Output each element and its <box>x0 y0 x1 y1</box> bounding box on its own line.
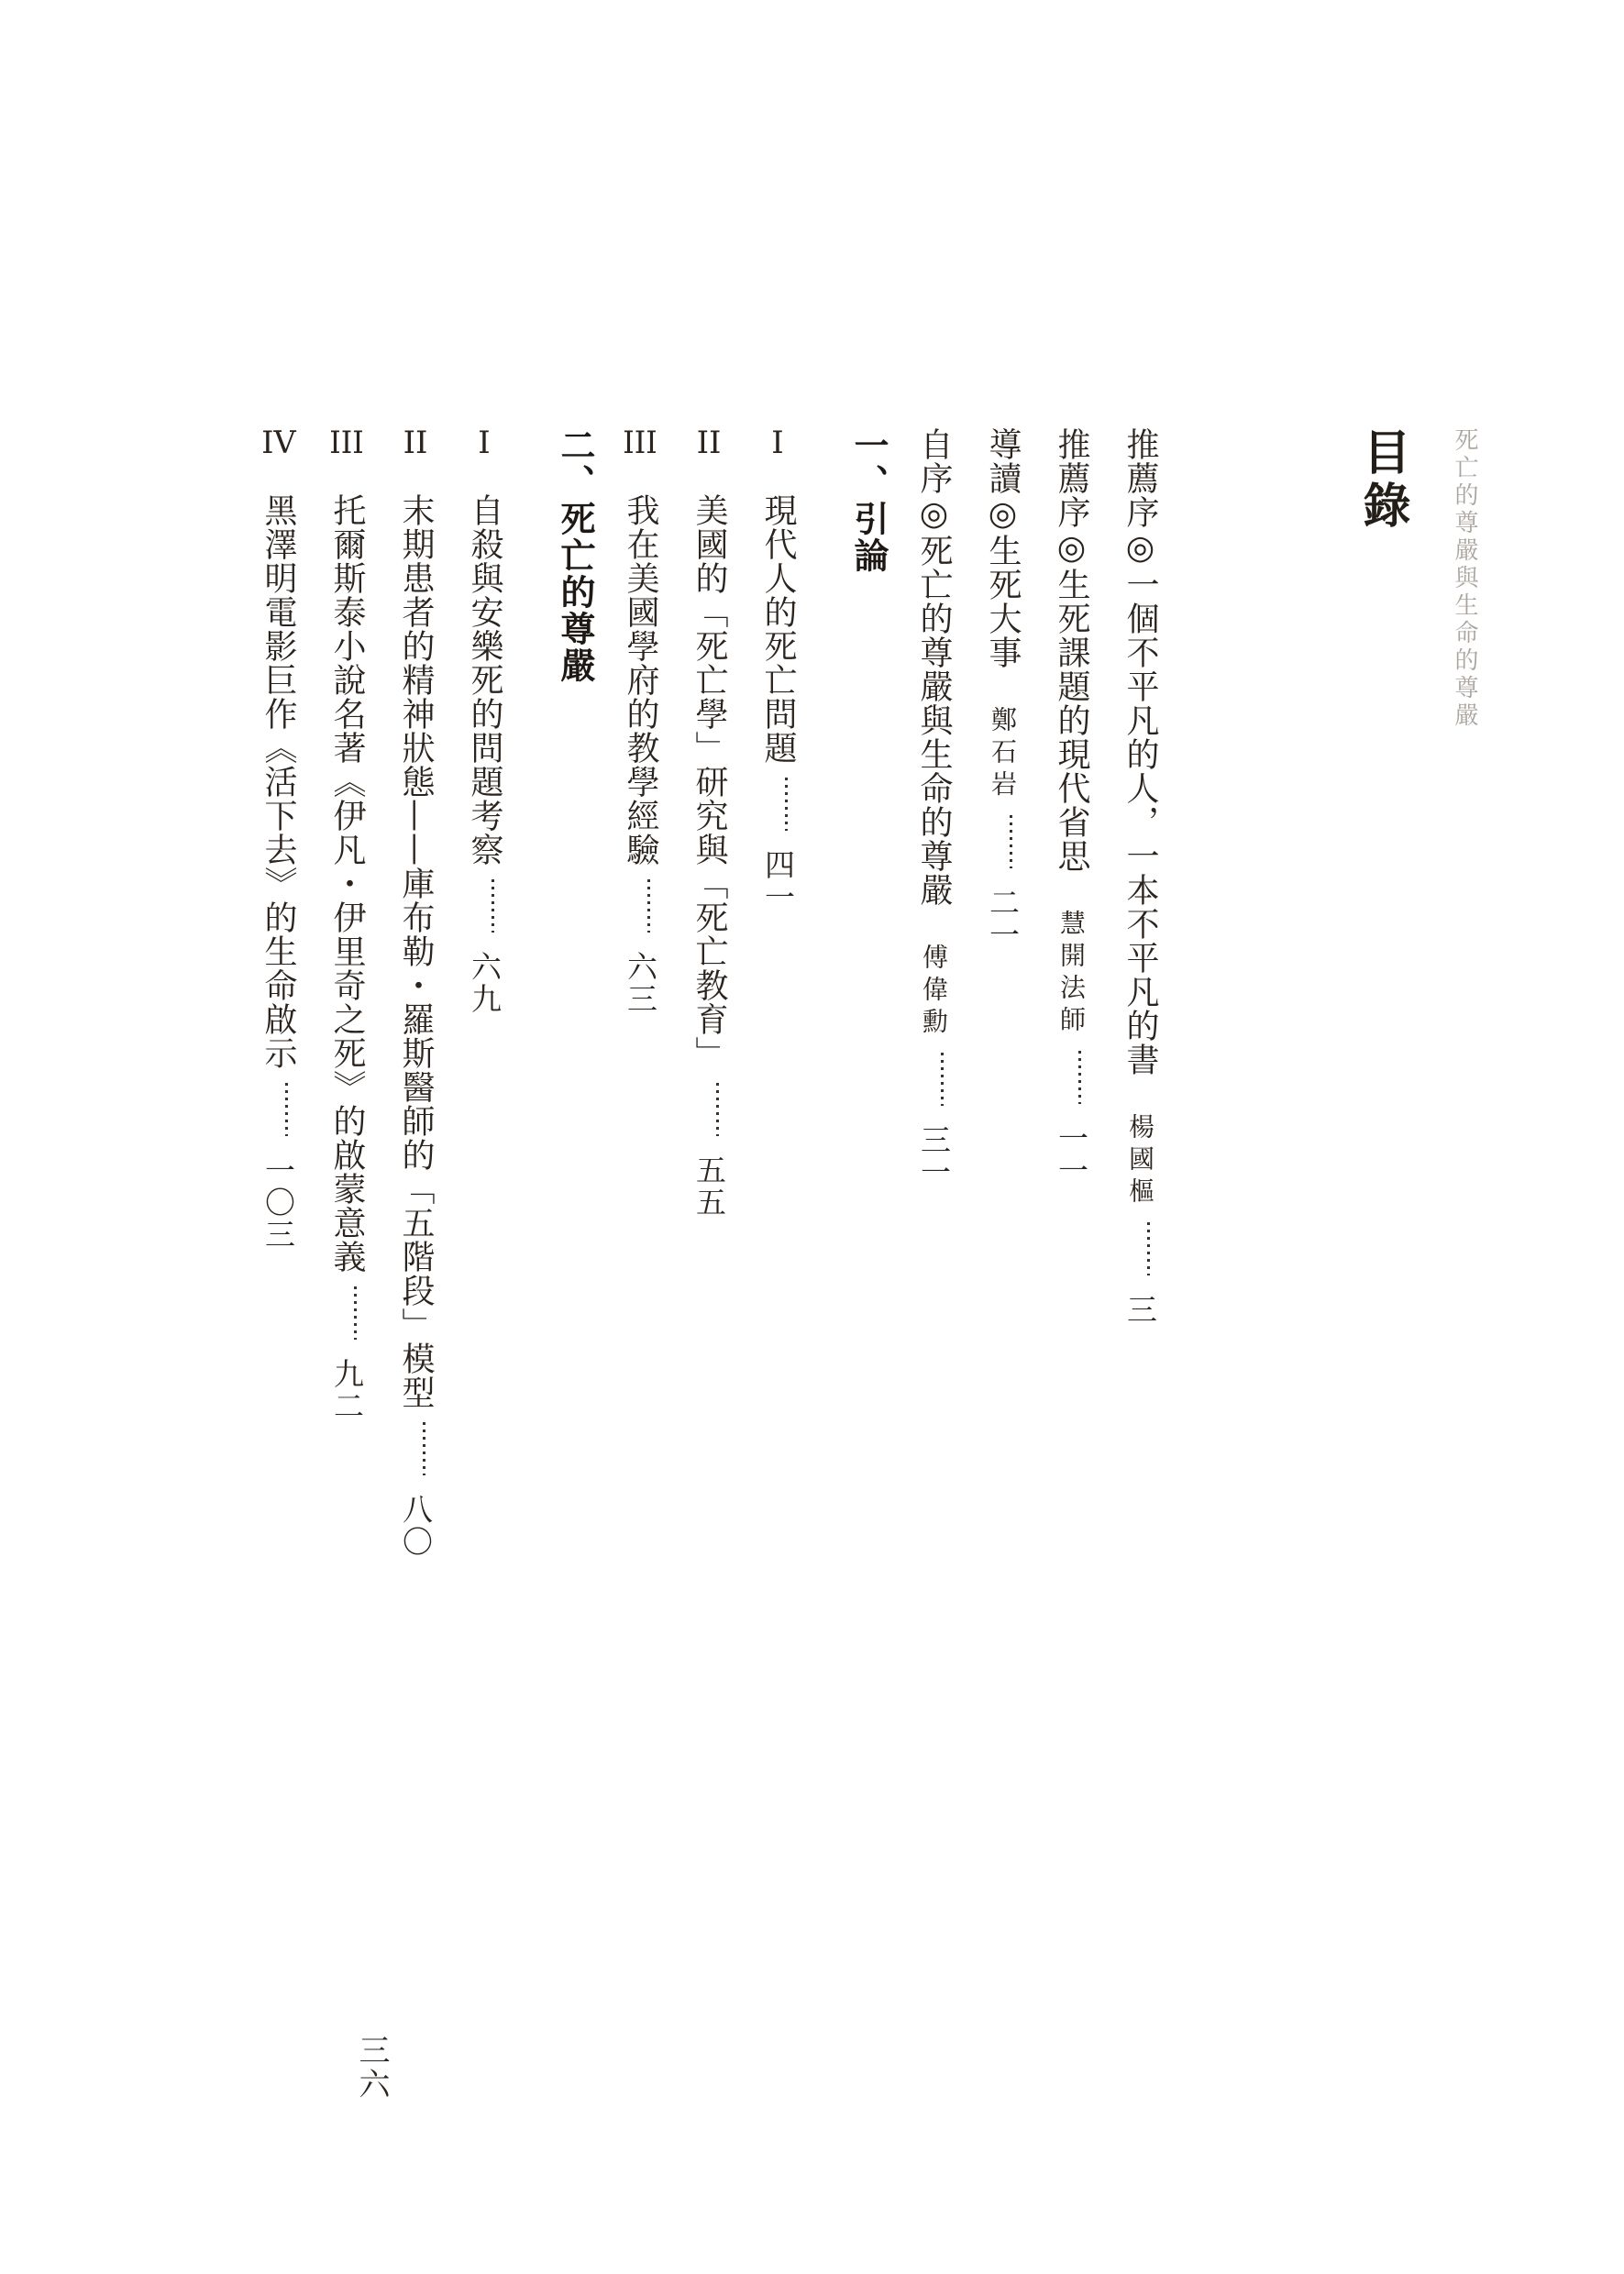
entry-title: 黑澤明電影巨作《活下去》的生命啟示 <box>260 493 297 1070</box>
entry-marker-icon: ◎ <box>1053 529 1090 568</box>
entry-author: 楊國樞 <box>1125 1113 1155 1209</box>
entry-numeral: IV <box>260 427 296 458</box>
entry-label: 推薦序 <box>1053 427 1090 529</box>
entry-page-number: 一〇三 <box>260 1154 296 1251</box>
toc-entry-s2-ii: II末期患者的精神狀態——庫布勒・羅斯醫師的「五階段」模型八〇 <box>397 427 441 2059</box>
toc-entry-foreword-1: 推薦序◎一個不平凡的人，一本不平凡的書楊國樞三 <box>1121 427 1166 2059</box>
entry-author: 鄭石岩 <box>988 706 1018 802</box>
section-heading-2: 二、死亡的尊嚴 <box>554 427 596 2059</box>
page-title: 目錄 <box>1355 427 1409 2059</box>
dot-leader <box>993 815 1028 868</box>
entry-author: 傅偉勳 <box>919 944 949 1040</box>
toc-entry-s2-iii: III托爾斯泰小說名著《伊凡・伊里奇之死》的啟蒙意義九二 <box>328 427 372 2059</box>
book-toc-page: 死亡的尊嚴與生命的尊嚴 目錄 推薦序◎一個不平凡的人，一本不平凡的書楊國樞三 推… <box>0 0 1624 2274</box>
dot-leader <box>768 778 803 831</box>
entry-page-number: 九二 <box>329 1358 365 1422</box>
toc-entry-s1-iii: III我在美國學府的教學經驗六三 <box>622 427 666 2059</box>
entry-marker-icon: ◎ <box>984 495 1022 534</box>
entry-page-number: 五五 <box>691 1154 727 1219</box>
entry-title: 自殺與安樂死的問題考察 <box>466 493 503 867</box>
entry-numeral: III <box>328 427 365 458</box>
running-head: 死亡的尊嚴與生命的尊嚴 <box>1451 427 1478 2059</box>
toc-entry-introduction: 導讀◎生死大事鄭石岩二一 <box>984 427 1028 2059</box>
entry-title: 托爾斯泰小說名著《伊凡・伊里奇之死》的啟蒙意義 <box>328 493 366 1274</box>
section-heading-1: 一、引論 <box>847 427 889 2059</box>
folio-page-number: 三六 <box>353 2034 390 2102</box>
dot-leader <box>337 1286 372 1340</box>
entry-title: 現代人的死亡問題 <box>759 493 797 765</box>
dot-leader <box>700 1083 735 1136</box>
dot-leader <box>631 879 666 933</box>
dot-leader <box>1131 1222 1166 1275</box>
entry-page-number: 三一 <box>916 1124 952 1188</box>
dot-leader <box>1062 1051 1097 1104</box>
toc-entry-s1-ii: II美國的「死亡學」研究與「死亡教育」五五 <box>690 427 735 2059</box>
entry-title: 我在美國學府的教學經驗 <box>622 493 659 867</box>
entry-page-number: 六三 <box>623 951 658 1015</box>
entry-page-number: 六九 <box>467 951 503 1015</box>
dot-leader <box>924 1053 959 1106</box>
toc-entry-preface: 自序◎死亡的尊嚴與生命的尊嚴傅偉勳三一 <box>915 427 959 2059</box>
entry-marker-icon: ◎ <box>915 495 953 534</box>
entry-label: 推薦序 <box>1121 427 1159 529</box>
entry-page-number: 三 <box>1122 1294 1158 1326</box>
entry-label: 導讀 <box>984 427 1022 495</box>
entry-title: 一個不平凡的人，一本不平凡的書 <box>1121 568 1159 1076</box>
toc-entry-s2-i: I自殺與安樂死的問題考察六九 <box>466 427 510 2059</box>
dot-leader <box>406 1422 441 1475</box>
entry-title: 生死課題的現代省思 <box>1053 568 1090 873</box>
dot-leader <box>269 1083 304 1136</box>
entry-page-number: 二一 <box>985 887 1021 951</box>
entry-author: 慧開法師 <box>1056 910 1087 1038</box>
toc-entry-s2-iv: IV黑澤明電影巨作《活下去》的生命啟示一〇三 <box>260 427 304 2059</box>
toc-entry-s1-i: I現代人的死亡問題四一 <box>759 427 803 2059</box>
entry-title: 末期患者的精神狀態——庫布勒・羅斯醫師的「五階段」模型 <box>397 493 435 1409</box>
entry-page-number: 四一 <box>760 849 796 913</box>
dot-leader <box>475 879 510 933</box>
entry-title: 生死大事 <box>984 534 1022 669</box>
entry-page-number: 一一 <box>1054 1122 1089 1187</box>
entry-numeral: II <box>397 427 434 458</box>
entry-label: 自序 <box>915 427 953 495</box>
entry-page-number: 八〇 <box>398 1494 434 1558</box>
entry-numeral: III <box>622 427 658 458</box>
entry-marker-icon: ◎ <box>1121 529 1159 568</box>
toc-entry-foreword-2: 推薦序◎生死課題的現代省思慧開法師一一 <box>1053 427 1097 2059</box>
entry-numeral: II <box>690 427 727 458</box>
entry-title: 美國的「死亡學」研究與「死亡教育」 <box>690 493 728 1070</box>
toc-content: 死亡的尊嚴與生命的尊嚴 目錄 推薦序◎一個不平凡的人，一本不平凡的書楊國樞三 推… <box>235 427 1478 2059</box>
entry-numeral: I <box>466 427 503 458</box>
entry-numeral: I <box>759 427 796 458</box>
entry-title: 死亡的尊嚴與生命的尊嚴 <box>915 534 953 907</box>
